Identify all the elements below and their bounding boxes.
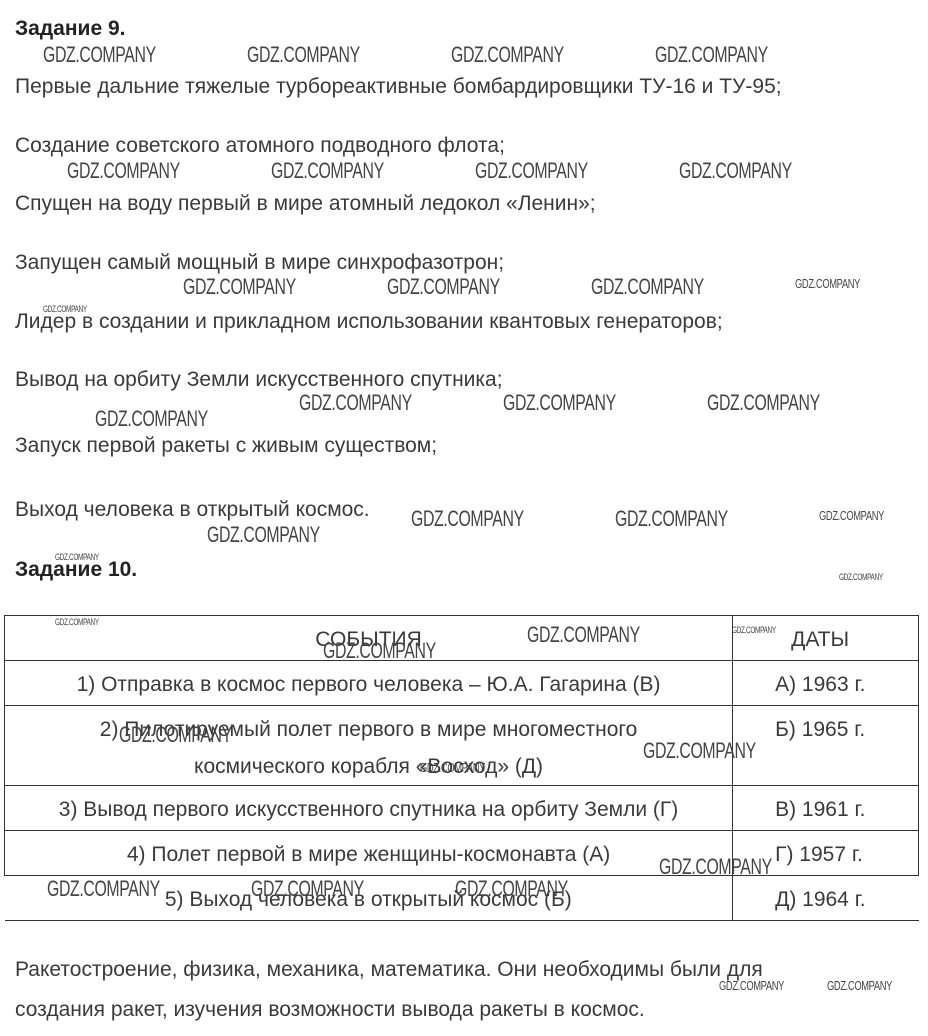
task9-item-5: Лидер в создании и прикладном использова… (15, 310, 723, 334)
watermark-text: GDZ.COMPANY (475, 158, 588, 184)
watermark-text: GDZ.COMPANY (527, 622, 640, 648)
watermark-text: GDZ.COMPANY (819, 508, 884, 523)
watermark-text: GDZ.COMPANY (43, 42, 156, 68)
watermark-text: GDZ.COMPANY (411, 506, 524, 532)
watermark-text: GDZ.COMPANY (387, 274, 500, 300)
task9-item-8: Выход человека в открытый космос. (15, 498, 370, 522)
watermark-text: GDZ.COMPANY (615, 506, 728, 532)
watermark-text: GDZ.COMPANY (55, 617, 99, 627)
watermark-text: GDZ.COMPANY (43, 304, 87, 314)
table-row: 3) Вывод первого искусственного спутника… (5, 786, 919, 831)
task9-item-3: Спущен на воду первый в мире атомный лед… (15, 192, 596, 216)
task9-item-4: Запущен самый мощный в мире синхрофазотр… (15, 251, 504, 275)
task9-heading: Задание 9. (15, 17, 125, 41)
watermark-text: GDZ.COMPANY (95, 406, 208, 432)
watermark-text: GDZ.COMPANY (655, 42, 768, 68)
watermark-text: GDZ.COMPANY (251, 876, 364, 902)
table-row: 4) Полет первой в мире женщины-космонавт… (5, 831, 919, 876)
watermark-text: GDZ.COMPANY (47, 876, 160, 902)
answer-line-1: Ракетостроение, физика, механика, матема… (15, 958, 763, 982)
task9-item-1: Первые дальние тяжелые турбореактивные б… (15, 75, 782, 99)
watermark-text: GDZ.COMPANY (732, 625, 776, 635)
watermark-text: GDZ.COMPANY (659, 854, 772, 880)
watermark-text: GDZ.COMPANY (591, 274, 704, 300)
task9-item-2: Создание советского атомного подводного … (15, 134, 505, 158)
watermark-text: GDZ.COMPANY (207, 522, 320, 548)
watermark-text: GDZ.COMPANY (679, 158, 792, 184)
answer-line-2: создания ракет, изучения возможности выв… (15, 998, 645, 1022)
watermark-text: GDZ.COMPANY (451, 42, 564, 68)
header-dates: ДАТЫ (733, 616, 919, 661)
watermark-text: GDZ.COMPANY (299, 390, 412, 416)
watermark-text: GDZ.COMPANY (795, 276, 860, 291)
watermark-text: GDZ.COMPANY (271, 158, 384, 184)
watermark-text: GDZ.COMPANY (67, 158, 180, 184)
task9-item-7: Запуск первой ракеты с живым существом; (15, 434, 437, 458)
watermark-text: GDZ.COMPANY (119, 722, 232, 748)
table-header-row: СОБЫТИЯ ДАТЫ (5, 616, 919, 661)
watermark-text: GDZ.COMPANY (503, 390, 616, 416)
watermark-text: GDZ.COMPANY (247, 42, 360, 68)
watermark-text: GDZ.COMPANY (55, 552, 99, 562)
task9-item-6: Вывод на орбиту Земли искусственного спу… (15, 368, 503, 392)
watermark-text: GDZ.COMPANY (455, 876, 568, 902)
watermark-text: GDZ.COMPANY (839, 572, 883, 582)
watermark-text: GDZ.COMPANY (323, 638, 436, 664)
watermark-text: GDZ.COMPANY (420, 760, 485, 775)
watermark-text: GDZ.COMPANY (719, 978, 784, 993)
watermark-text: GDZ.COMPANY (707, 390, 820, 416)
watermark-text: GDZ.COMPANY (643, 738, 756, 764)
watermark-text: GDZ.COMPANY (827, 978, 892, 993)
table-row: 1) Отправка в космос первого человека – … (5, 661, 919, 706)
watermark-text: GDZ.COMPANY (183, 274, 296, 300)
